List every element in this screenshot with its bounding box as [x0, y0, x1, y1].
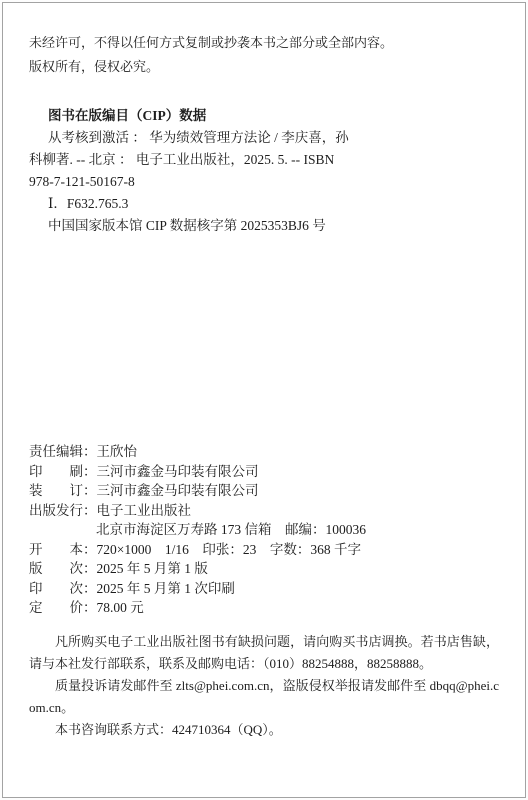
info-row-price: 定 价：78.00 元	[29, 598, 507, 618]
info-row-format: 开 本：720×1000 1/16 印张：23 字数：368 千字	[29, 540, 507, 560]
info-value: 王欣怡	[97, 444, 138, 459]
info-label: 印 刷：	[29, 464, 97, 479]
info-value: 三河市鑫金马印装有限公司	[97, 464, 259, 479]
copyright-notice-line-2: 版权所有，侵权必究。	[29, 55, 503, 79]
info-label: 开 本：	[29, 542, 97, 557]
info-label: 出版发行：	[29, 503, 97, 518]
cip-publisher-line: 科柳著. -- 北京 ： 电子工业出版社，2025. 5. -- ISBN	[29, 149, 507, 171]
info-label: 版 次：	[29, 561, 97, 576]
info-label: 责任编辑：	[29, 444, 97, 459]
info-value: 720×1000 1/16 印张：23 字数：368 千字	[97, 542, 362, 557]
info-row-publisher: 出版发行：电子工业出版社	[29, 501, 507, 521]
cip-record-number-line: 中国国家版本馆 CIP 数据核字第 2025353BJ6 号	[29, 215, 507, 237]
info-label: 定 价：	[29, 600, 97, 615]
info-row-edition: 版 次：2025 年 5 月第 1 版	[29, 559, 507, 579]
note-paragraph-qq: 本书咨询联系方式：424710364（QQ）。	[29, 719, 499, 741]
info-value: 三河市鑫金马印装有限公司	[97, 483, 259, 498]
info-label: 装 订：	[29, 483, 97, 498]
cip-title-line: 从考核到激活 ： 华为绩效管理方法论 / 李庆喜，孙	[29, 127, 507, 149]
info-value: 2025 年 5 月第 1 次印刷	[97, 581, 235, 596]
info-label: 印 次：	[29, 581, 97, 596]
copyright-notice: 未经许可，不得以任何方式复制或抄袭本书之部分或全部内容。 版权所有，侵权必究。	[29, 31, 503, 79]
cip-heading: 图书在版编目（CIP）数据	[29, 105, 507, 127]
cip-block: 图书在版编目（CIP）数据 从考核到激活 ： 华为绩效管理方法论 / 李庆喜，孙…	[29, 105, 507, 237]
cip-classification-line: Ⅰ．F632.765.3	[29, 193, 507, 215]
info-row-printing: 印 次：2025 年 5 月第 1 次印刷	[29, 579, 507, 599]
cip-isbn-line: 978-7-121-50167-8	[29, 171, 507, 193]
copyright-notice-line-1: 未经许可，不得以任何方式复制或抄袭本书之部分或全部内容。	[29, 31, 503, 55]
info-value: 78.00 元	[97, 600, 144, 615]
note-paragraph-exchange: 凡所购买电子工业出版社图书有缺损问题，请向购买书店调换。若书店售缺，请与本社发行…	[29, 631, 499, 675]
purchase-notes: 凡所购买电子工业出版社图书有缺损问题，请向购买书店调换。若书店售缺，请与本社发行…	[29, 631, 499, 741]
book-copyright-page: 未经许可，不得以任何方式复制或抄袭本书之部分或全部内容。 版权所有，侵权必究。 …	[2, 2, 526, 798]
info-row-address: 北京市海淀区万寿路 173 信箱 邮编：100036	[29, 520, 507, 540]
info-value: 2025 年 5 月第 1 版	[97, 561, 208, 576]
info-value: 北京市海淀区万寿路 173 信箱 邮编：100036	[96, 522, 366, 537]
info-row-printer: 印 刷：三河市鑫金马印装有限公司	[29, 462, 507, 482]
publication-info: 责任编辑：王欣怡 印 刷：三河市鑫金马印装有限公司 装 订：三河市鑫金马印装有限…	[29, 442, 507, 618]
note-paragraph-email: 质量投诉请发邮件至 zlts@phei.com.cn，盗版侵权举报请发邮件至 d…	[29, 675, 499, 719]
info-value: 电子工业出版社	[97, 503, 192, 518]
info-row-binder: 装 订：三河市鑫金马印装有限公司	[29, 481, 507, 501]
info-row-editor: 责任编辑：王欣怡	[29, 442, 507, 462]
